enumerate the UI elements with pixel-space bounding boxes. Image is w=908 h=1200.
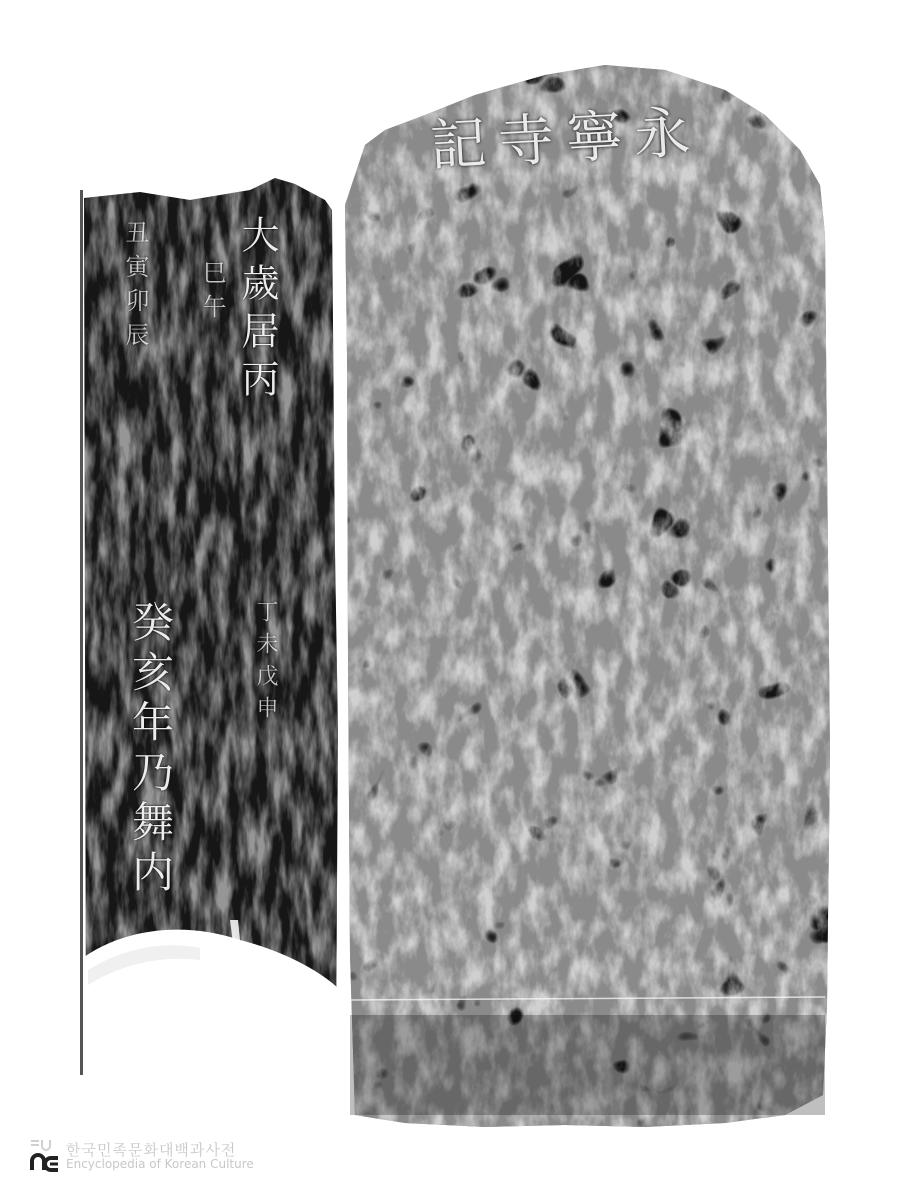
inscription-small-a: 巳午 <box>195 260 230 328</box>
watermark-english-title: Encyclopedia of Korean Culture <box>66 1157 254 1171</box>
right-rubbing-image <box>345 55 835 1135</box>
watermark: 한국민족문화대백과사전 Encyclopedia of Korean Cultu… <box>30 1138 260 1174</box>
left-border-line <box>80 190 83 1075</box>
inscription-main-lower: 癸亥年乃舞内 <box>120 600 180 900</box>
nc-logo-icon <box>30 1138 60 1172</box>
right-rubbing-texture <box>345 55 835 1135</box>
inscription-main-upper: 大歲居丙 <box>230 215 285 407</box>
inscription-small-c: 丑寅卯辰 <box>118 220 153 356</box>
stele-title: 永寧寺記 <box>428 88 704 182</box>
inscription-small-b: 丁未戊申 <box>250 600 281 728</box>
